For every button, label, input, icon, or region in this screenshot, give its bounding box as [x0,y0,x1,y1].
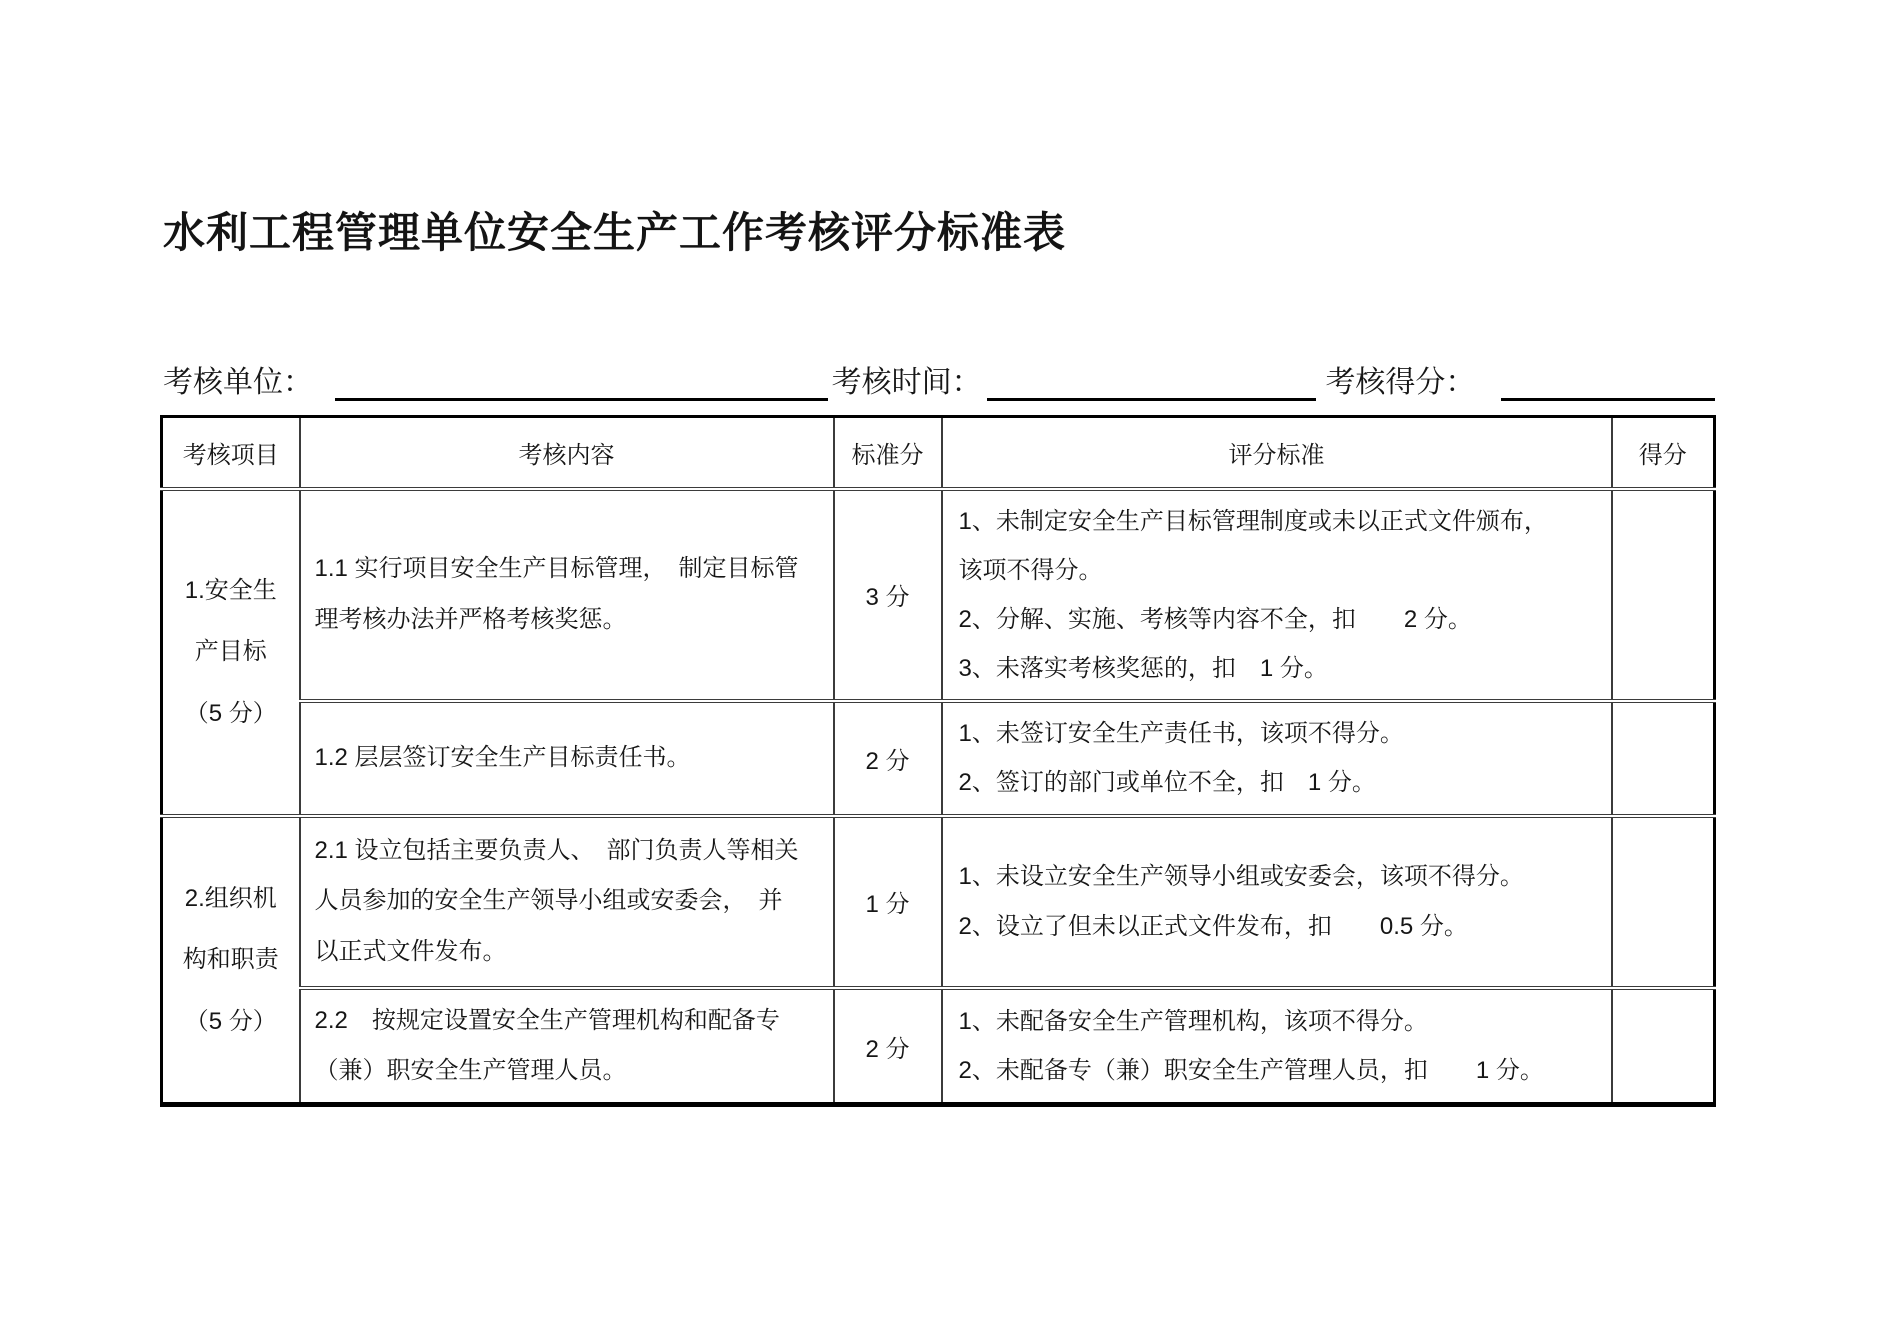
page-title: 水利工程管理单位安全生产工作考核评分标准表 [163,200,1066,260]
score-cell-2-2 [1612,988,1715,1105]
score-cell-1-2 [1612,701,1715,815]
assessment-score-label: 考核得分： [1325,366,1475,401]
header-standard-score: 标准分 [834,417,942,489]
criteria-cell-1-2: 1、未签订安全生产责任书，该项不得分。 2、签订的部门或单位不全，扣 1 分。 [942,701,1612,815]
project-cell-section2: 2.组织机 构和职责 （5 分） [162,816,300,1105]
scoring-standard-table: 考核项目 考核内容 标准分 评分标准 得分 1.安全生 产目标 （5 分） 1.… [160,415,1716,1107]
document-page: 水利工程管理单位安全生产工作考核评分标准表 考核单位： 考核时间： 考核得分： … [0,0,1879,1328]
header-content: 考核内容 [300,417,834,489]
standard-score-cell-2-2: 2 分 [834,988,942,1105]
standard-score-cell-1-1: 3 分 [834,489,942,702]
assessment-time-label: 考核时间： [832,366,982,401]
assessed-unit-label: 考核单位： [163,366,313,401]
table-header-row: 考核项目 考核内容 标准分 评分标准 得分 [162,417,1715,489]
standard-score-cell-2-1: 1 分 [834,816,942,988]
standard-score-cell-1-2: 2 分 [834,701,942,815]
table-row: 2.2 按规定设置安全生产管理机构和配备专 （兼）职安全生产管理人员。 2 分 … [162,988,1715,1105]
score-cell-1-1 [1612,489,1715,702]
assessed-unit-fill-line [335,367,828,401]
criteria-cell-1-1: 1、未制定安全生产目标管理制度或未以正式文件颁布， 该项不得分。 2、分解、实施… [942,489,1612,702]
table-row: 2.组织机 构和职责 （5 分） 2.1 设立包括主要负责人、 部门负责人等相关… [162,816,1715,988]
content-cell-2-2: 2.2 按规定设置安全生产管理机构和配备专 （兼）职安全生产管理人员。 [300,988,834,1105]
project-cell-section1: 1.安全生 产目标 （5 分） [162,489,300,816]
criteria-cell-2-1: 1、未设立安全生产领导小组或安委会，该项不得分。 2、设立了但未以正式文件发布，… [942,816,1612,988]
header-project: 考核项目 [162,417,300,489]
criteria-cell-2-2: 1、未配备安全生产管理机构，该项不得分。 2、未配备专（兼）职安全生产管理人员，… [942,988,1612,1105]
assessment-time-fill-line [987,367,1317,401]
assessment-score-fill-line [1501,367,1715,401]
content-cell-1-1: 1.1 实行项目安全生产目标管理， 制定目标管 理考核办法并严格考核奖惩。 [300,489,834,702]
content-cell-2-1: 2.1 设立包括主要负责人、 部门负责人等相关 人员参加的安全生产领导小组或安委… [300,816,834,988]
info-line: 考核单位： 考核时间： 考核得分： [163,366,1715,401]
table-row: 1.安全生 产目标 （5 分） 1.1 实行项目安全生产目标管理， 制定目标管 … [162,489,1715,702]
content-cell-1-2: 1.2 层层签订安全生产目标责任书。 [300,701,834,815]
header-criteria: 评分标准 [942,417,1612,489]
header-score: 得分 [1612,417,1715,489]
score-cell-2-1 [1612,816,1715,988]
table-row: 1.2 层层签订安全生产目标责任书。 2 分 1、未签订安全生产责任书，该项不得… [162,701,1715,815]
